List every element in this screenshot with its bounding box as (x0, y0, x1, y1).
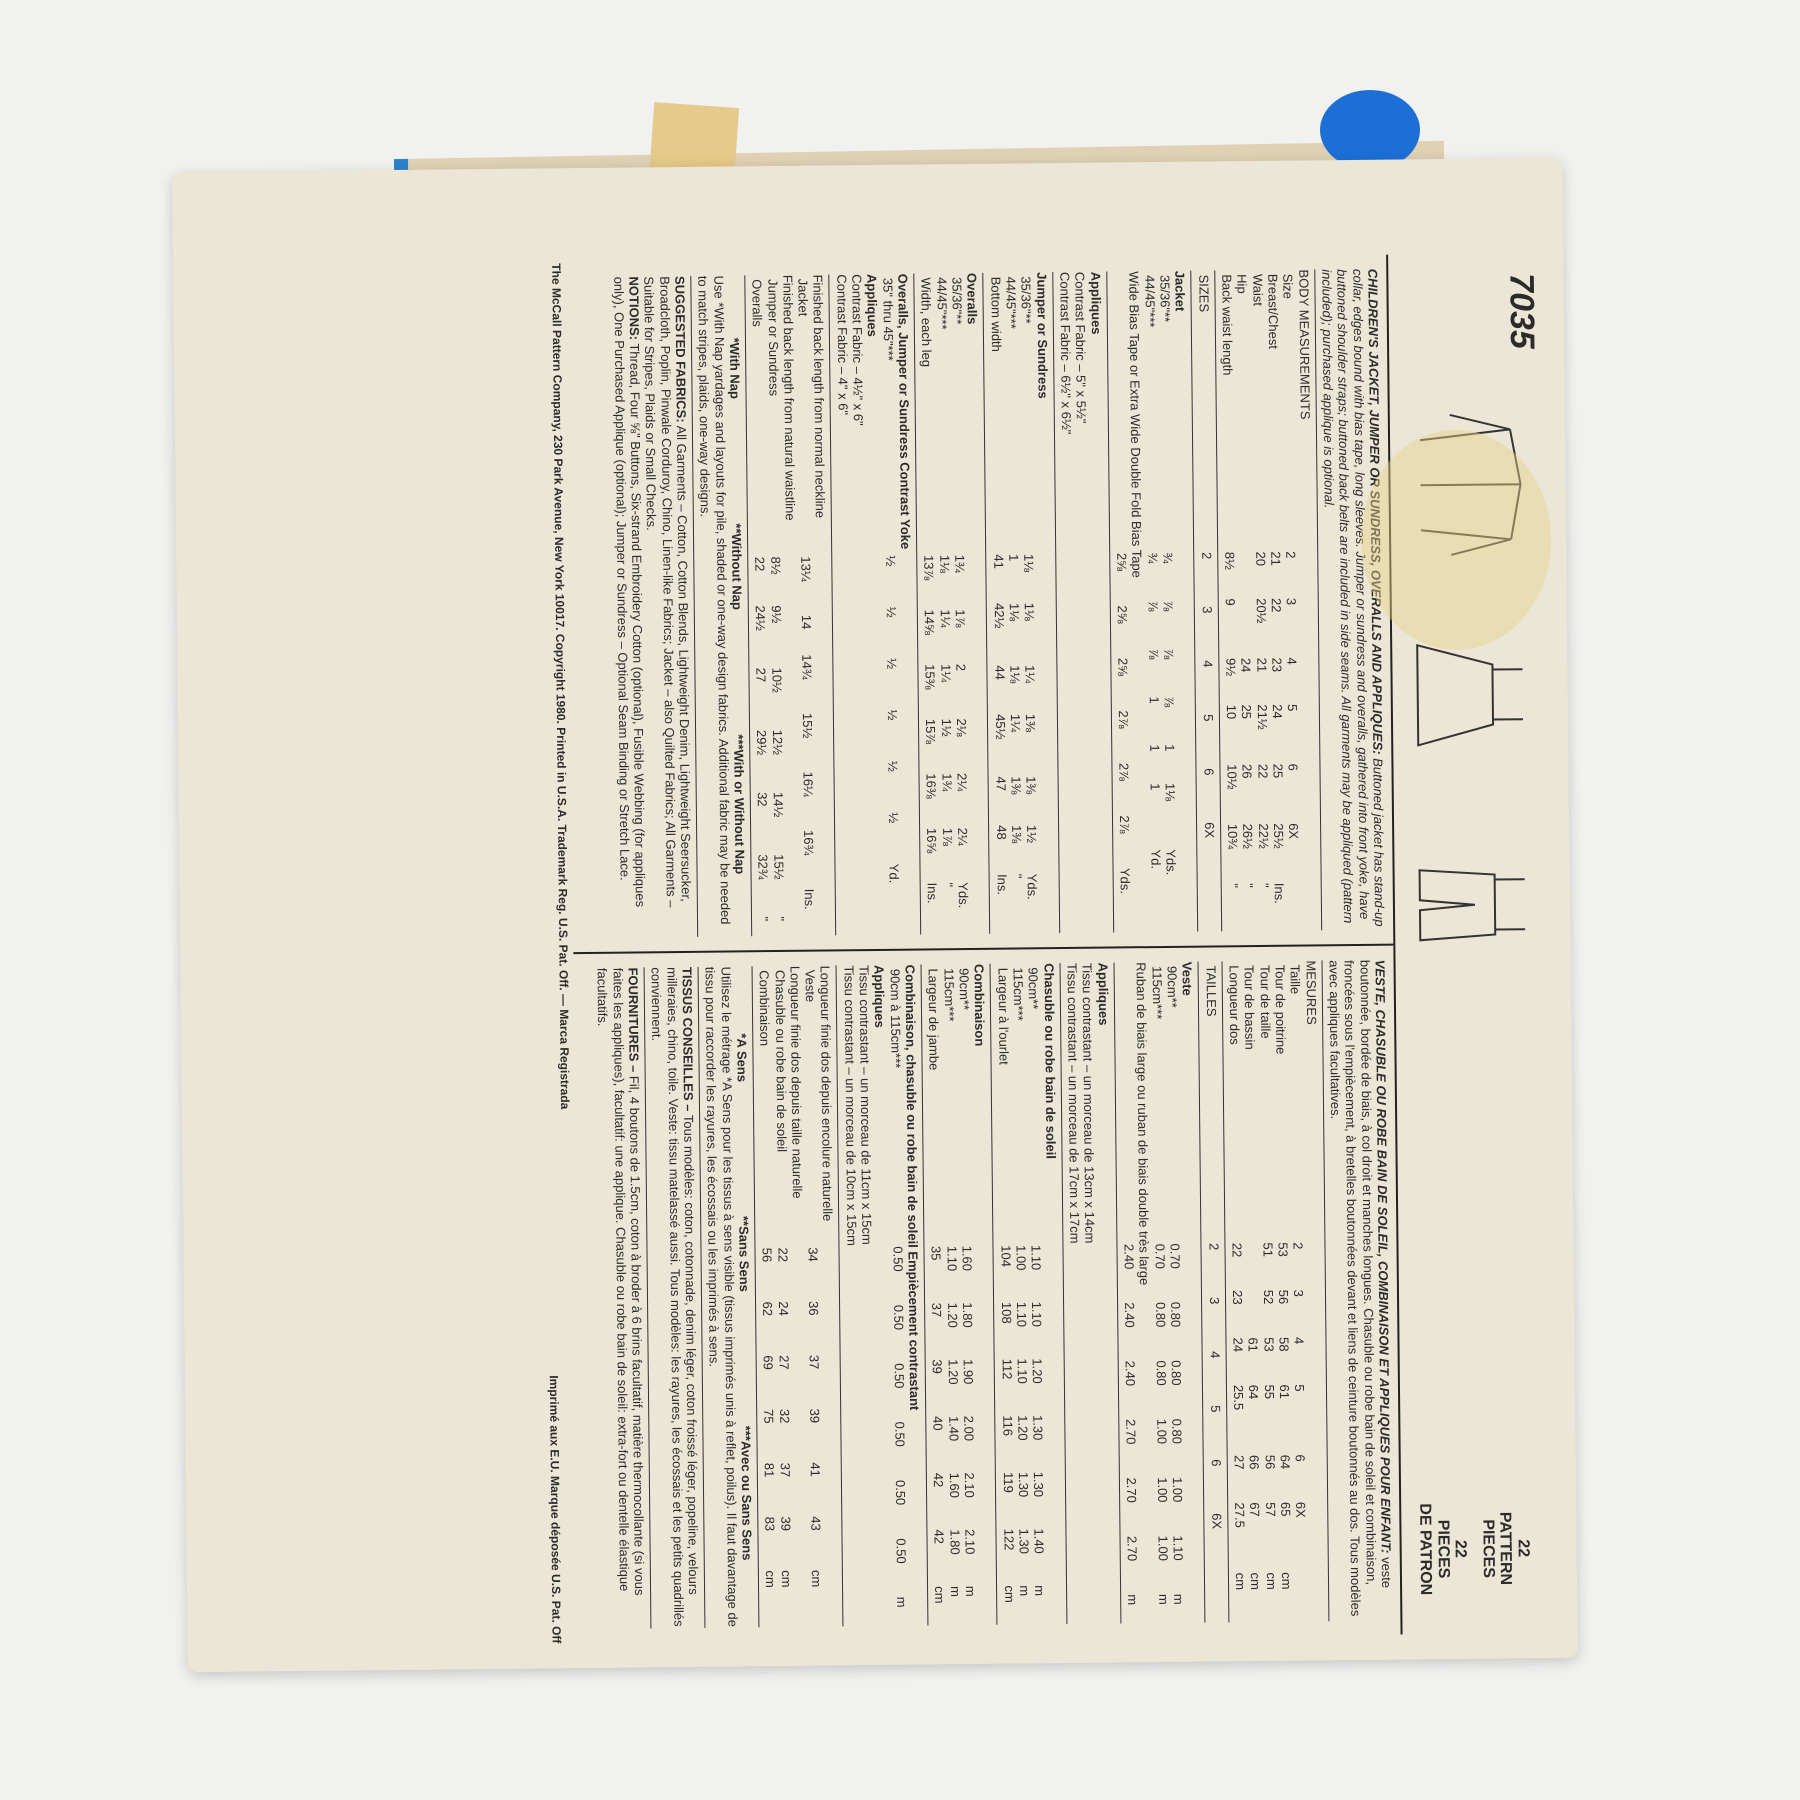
cell-value: 40 (930, 1412, 946, 1469)
cell-value (1238, 594, 1254, 654)
cell-value: 1.80 (960, 1298, 976, 1355)
cell-value: 53 (1275, 1238, 1291, 1286)
cell-value: 2⅝ (1114, 549, 1130, 602)
cell-value: 0.80 (1168, 1298, 1184, 1357)
cell-value: 26½ (1240, 820, 1256, 880)
mesures: MESURES Taille234566XTour de poitrine535… (1226, 960, 1329, 1622)
cell-value: 10 (1223, 701, 1239, 761)
cell-value: 1¼ (1008, 710, 1024, 772)
row-label: 44/45"*** (934, 273, 952, 551)
cell-value: 37 (806, 1351, 822, 1405)
cell-value: 29½ (754, 726, 770, 788)
cell-value: 2 (1199, 548, 1215, 602)
cell-value: 22 (1268, 594, 1284, 654)
cell-value: ⅞ (1161, 644, 1177, 692)
nap-legend-item: *With Nap (726, 338, 742, 399)
sens-legend-item: ***Avec ou Sans Sens (738, 1426, 755, 1561)
cell-value: 1 (1162, 740, 1178, 779)
unit: Ins. (994, 870, 1010, 934)
unit: cm (763, 1566, 779, 1627)
cell-value: 1⅛ (1022, 599, 1038, 661)
cell-value: 1.00 (1154, 1473, 1170, 1532)
unit: m (894, 1593, 910, 1626)
cell-value: 10½ (1224, 760, 1240, 820)
body-measurements: BODY MEASUREMENTS Size234566XBreast/Ches… (1219, 269, 1322, 931)
cell-value: 1.30 (1031, 1468, 1047, 1525)
cell-value: 2⅝ (1114, 601, 1130, 654)
unit (1287, 879, 1303, 931)
fournitures-heading: FOURNITURES – (625, 967, 641, 1072)
blue-dot-mark (1320, 90, 1420, 170)
cell-value: ⅞ (1160, 596, 1176, 644)
cell-value: 44 (992, 661, 1008, 710)
row-label: Tour de taille (1257, 961, 1275, 1239)
cell-value: 2.40 (1121, 1240, 1137, 1299)
cell-value: 25 (1239, 700, 1255, 760)
cell-value: 47 (993, 772, 1009, 821)
stain (1360, 429, 1552, 651)
cell-value (1245, 1286, 1261, 1334)
cell-value: ½ (884, 654, 900, 706)
cell-value: 22 (775, 1244, 791, 1298)
cell-value: 116 (1000, 1411, 1016, 1468)
cell-value: 1.20 (945, 1355, 961, 1412)
cell-value: 1.80 (947, 1525, 963, 1582)
unit: m (1155, 1590, 1171, 1623)
cell-value: 0.80 (1153, 1356, 1169, 1415)
header-row: 7035 22 PATTERN PIECES 22 PIECES (1386, 253, 1562, 1635)
cell-value: 0.50 (891, 1359, 907, 1418)
unit: m (1032, 1581, 1048, 1624)
jumper-sketch-icon (1412, 619, 1534, 770)
unit: Yd. (886, 860, 902, 935)
cell-value: 1⅛ (1007, 661, 1023, 710)
cell-value: 2¼ (954, 769, 970, 824)
table-row: SIZES234566X (1196, 270, 1218, 931)
cell-value: 1⅛ (1021, 550, 1037, 599)
cell-value: ½ (883, 603, 899, 655)
cell-value: 0.80 (1152, 1298, 1168, 1357)
cell-value (1244, 1239, 1260, 1287)
cell-value: 43 (808, 1512, 824, 1566)
cell-value: ½ (885, 757, 901, 809)
unit: cm (1263, 1568, 1279, 1622)
cell-value: 2⅞ (1116, 759, 1132, 812)
cell-value: 22 (752, 553, 768, 602)
unit: cm (932, 1582, 948, 1625)
unit: m (963, 1582, 979, 1625)
unit (1210, 1594, 1226, 1623)
cell-value: 122 (1001, 1525, 1017, 1582)
cell-value: 42 (932, 1525, 948, 1582)
cell-value: 1.00 (1170, 1473, 1186, 1532)
cell-value: ⅞ (1145, 597, 1161, 645)
cell-value: 37 (777, 1459, 793, 1513)
cell-value: 14½ (770, 788, 786, 850)
cell-value: 1¾ (952, 551, 968, 606)
cell-value: 1 (1147, 740, 1163, 779)
cell-value: 6 (1208, 1455, 1224, 1509)
cell-value: 6X (1201, 818, 1217, 903)
cell-value: 14 (799, 611, 815, 651)
cell-value: 1⅞ (953, 605, 969, 660)
cell-value: 1.40 (946, 1412, 962, 1469)
cell-value: 2¼ (955, 824, 971, 879)
cell-value: 6 (1293, 1450, 1309, 1498)
cell-value: 1.00 (1154, 1415, 1170, 1474)
cell-value: 16¼ (800, 767, 816, 826)
cell-value: 36 (806, 1297, 822, 1351)
cell-value: 16⅜ (924, 769, 940, 824)
cell-value: 21½ (1254, 700, 1270, 760)
row-label: 115cm*** (1149, 962, 1167, 1240)
cell-value: 1.60 (959, 1242, 975, 1299)
cell-value: 8½ (1222, 548, 1238, 595)
cell-value: ½ (883, 551, 899, 603)
pattern-envelope: 7035 22 PATTERN PIECES 22 PIECES (172, 158, 1578, 1672)
cell-value: 1 (1006, 550, 1022, 599)
row-label: 115cm*** (1010, 963, 1028, 1241)
unit: Ins. (802, 885, 818, 936)
cell-value: ⅞ (1146, 644, 1162, 692)
unit: cm (809, 1566, 825, 1627)
cell-value: 8½ (767, 553, 783, 602)
cell-value: 55 (1261, 1381, 1277, 1451)
unit: cm (778, 1566, 794, 1627)
cell-value: 15⅜ (922, 660, 938, 715)
unit: m (947, 1582, 963, 1625)
cell-value: 22 (1255, 760, 1271, 820)
cell-value: 56 (1276, 1286, 1292, 1334)
cell-value: 66 (1247, 1451, 1263, 1499)
cell-value: 1.10 (1029, 1298, 1045, 1355)
cell-value: 9½ (1223, 654, 1239, 701)
row-label: Jumper or Sundress (764, 275, 782, 553)
cell-value: 27 (776, 1351, 792, 1405)
cell-value: 2⅞ (1117, 811, 1133, 864)
unit: m (1171, 1590, 1187, 1623)
cell-value: 1.10 (1014, 1354, 1030, 1411)
cell-value: 1 (1147, 779, 1163, 845)
cell-value: 1⅜ (1009, 821, 1025, 870)
envelope-back-text: 7035 22 PATTERN PIECES 22 PIECES (548, 253, 1562, 1643)
cell-value: 1.10 (1014, 1298, 1030, 1355)
cell-value: 1.00 (1155, 1532, 1171, 1591)
cell-value: 6X (1209, 1509, 1225, 1594)
row-label: 44/45"*** (1003, 272, 1021, 550)
row-label: Longueur dos (1226, 961, 1244, 1239)
cell-value: 1.30 (1030, 1411, 1046, 1468)
cell-value: 51 (1260, 1238, 1276, 1286)
unit: " (1256, 879, 1272, 931)
cell-value: ½ (885, 808, 901, 860)
table-row: TAILLES234566X (1203, 961, 1225, 1622)
appliques-fr-1: Appliques Tissu contrastant – un morceau… (1064, 962, 1121, 1623)
overalls-section: Overalls 35/36"**1¾1⅞22⅛2¼2¼Yds.44/45"**… (918, 273, 990, 935)
cell-value: 4 (1207, 1347, 1223, 1401)
unit: m (1017, 1581, 1033, 1624)
unit: Ins. (1271, 879, 1287, 931)
pattern-pieces-count: 22 PATTERN PIECES 22 PIECES DE PATRON (1401, 1463, 1563, 1635)
cell-value: 25 (1270, 760, 1286, 820)
row-label: 90cm** (1164, 962, 1182, 1240)
overalls-sketch-icon (1414, 829, 1536, 980)
cell-value: 2.70 (1124, 1473, 1140, 1532)
cell-value: 56 (1262, 1451, 1278, 1499)
cell-value: 1 (1146, 692, 1162, 740)
cell-value: 24 (1238, 654, 1254, 701)
cell-value: 52 (1260, 1286, 1276, 1334)
cell-value: 22½ (1255, 819, 1271, 879)
cell-value: 62 (760, 1297, 776, 1351)
cell-value: 1½ (1024, 821, 1040, 870)
cell-value: 56 (759, 1244, 775, 1298)
cell-value: 1⅛ (937, 551, 953, 606)
unit: " (1241, 879, 1257, 931)
cell-value: 69 (760, 1351, 776, 1405)
pieces-label-fr-2: DE PATRON (1415, 1464, 1434, 1634)
row-label: 35" thru 45"*** (880, 274, 898, 552)
cell-value: 35 (929, 1242, 945, 1299)
cell-value: 67 (1247, 1498, 1263, 1568)
cell-value: 0.50 (892, 1417, 908, 1476)
longueurs-finies: Longueur finie dos depuis encolure natur… (756, 965, 844, 1627)
cell-value: 1⅛ (1006, 599, 1022, 661)
jumper-section: Jumper or Sundress 35/36"**1⅛1⅛1¼1⅜1⅜1½Y… (988, 272, 1060, 934)
row-label: 35/36"** (949, 273, 967, 551)
cell-value: 0.70 (1152, 1240, 1168, 1299)
pieces-count: 22 (1513, 1463, 1532, 1633)
contrast-yoke-section: Overalls, Jumper or Sundress Contrast Yo… (834, 274, 922, 936)
row-label: 90cm** (956, 964, 974, 1242)
cell-value: 5 (1200, 710, 1216, 764)
row-label: Overalls (749, 275, 767, 553)
unit: m (1125, 1590, 1141, 1623)
cell-value: 27 (753, 664, 769, 726)
cell-value: 6X (1286, 819, 1302, 879)
pattern-number: 7035 (1388, 253, 1549, 370)
line-drawings (1389, 369, 1560, 1465)
pieces-label-1: PATTERN (1496, 1463, 1515, 1633)
unit: cm (1279, 1568, 1295, 1622)
cell-value: 5 (1208, 1401, 1224, 1455)
cell-value: 32¾ (755, 850, 771, 912)
cell-value: 27.5 (1232, 1498, 1248, 1568)
english-section: CHILDREN'S JACKET, JUMPER OR SUNDRESS, O… (566, 255, 1393, 955)
unit: cm (1233, 1569, 1249, 1623)
cell-value: 39 (930, 1355, 946, 1412)
row-label: Hip (1234, 270, 1252, 548)
cell-value: 3 (1206, 1293, 1222, 1347)
cell-value: 23 (1269, 653, 1285, 700)
cell-value: 0.50 (890, 1242, 906, 1301)
cell-value: 1.20 (944, 1298, 960, 1355)
unit: " (756, 912, 772, 936)
unit: Yds. (1025, 870, 1041, 934)
cell-value: 2.40 (1122, 1357, 1138, 1416)
row-label: SIZES (1196, 270, 1214, 548)
cell-value: 4 (1200, 656, 1216, 710)
cell-value: 61 (1277, 1380, 1293, 1450)
cell-value: 5 (1292, 1380, 1308, 1450)
cell-value: 1½ (938, 715, 954, 770)
cell-value: 2.40 (1122, 1298, 1138, 1357)
cell-value: 53 (1261, 1333, 1277, 1381)
cell-value: 32 (755, 788, 771, 850)
cell-value: 2.10 (962, 1525, 978, 1582)
cell-value: 48 (993, 821, 1009, 870)
cell-value: 0.80 (1168, 1356, 1184, 1415)
cell-value: 83 (762, 1513, 778, 1567)
cell-value: 2 (1283, 547, 1299, 594)
cell-value: 1.60 (946, 1469, 962, 1526)
cell-value: 2.00 (961, 1412, 977, 1469)
cell-value: 0.70 (1167, 1239, 1183, 1298)
cell-value: 1⅜ (1008, 772, 1024, 821)
cell-value: 42½ (991, 599, 1007, 661)
cell-value: 27 (1231, 1451, 1247, 1499)
cell-value: 34 (805, 1243, 821, 1297)
cell-value: 42 (931, 1469, 947, 1526)
cell-value: 21 (1254, 654, 1270, 701)
cell-value: 15⅞ (923, 715, 939, 770)
nap-legend-item: **Without Nap (728, 523, 744, 610)
suggested-fabrics: SUGGESTED FABRICS: All Garments – Cotton… (641, 276, 698, 937)
suggested-fabrics-heading: SUGGESTED FABRICS: (672, 276, 689, 423)
cell-value: 39 (777, 1512, 793, 1566)
cell-value: 1¼ (937, 605, 953, 660)
combinaison-section: Combinaison 90cm**1.601.801.902.002.102.… (926, 964, 998, 1626)
unit (1294, 1568, 1310, 1622)
row-label: 115cm*** (941, 964, 959, 1242)
empiecement-section: Combinaison, chasuble ou robe bain de so… (841, 965, 929, 1627)
cell-value: 119 (1000, 1468, 1016, 1525)
cell-value: 108 (998, 1298, 1014, 1355)
row-label: Tour de poitrine (1272, 961, 1290, 1239)
cell-value: 14¾ (799, 650, 815, 709)
cell-value: 0.50 (891, 1301, 907, 1360)
cell-value: ¾ (1160, 548, 1176, 596)
cell-value: 13¼ (798, 552, 814, 611)
cell-value: 9½ (768, 601, 784, 663)
jacket-sketch-icon (1410, 409, 1532, 560)
unit: Yds. (1117, 864, 1133, 933)
cell-value: 3 (1199, 602, 1215, 656)
cell-value: 12½ (769, 726, 785, 788)
unit: " (1225, 879, 1241, 931)
unit (1202, 903, 1218, 932)
cell-value: 21 (1268, 547, 1284, 594)
cell-value: 14⅝ (922, 606, 938, 661)
cell-value: 41 (808, 1458, 824, 1512)
unit: " (940, 878, 956, 934)
cell-value: 2 (1290, 1238, 1306, 1286)
cell-value: 0.80 (1169, 1415, 1185, 1474)
appliques-section-1: Appliques Contrast Fabric – 5" x 5½" Con… (1057, 272, 1114, 933)
cell-value: 1⅜ (1024, 772, 1040, 821)
nap-legend-item: ***With or Without Nap (731, 734, 748, 874)
cell-value: 22 (1229, 1239, 1245, 1287)
cell-value: 24 (775, 1297, 791, 1351)
sens-legend-item: **Sans Sens (736, 1216, 752, 1292)
cell-value: 5 (1285, 700, 1301, 760)
cell-value: 16¾ (801, 826, 817, 885)
cell-value: 6 (1285, 760, 1301, 820)
unit: cm (1001, 1581, 1017, 1624)
cell-value: 0.50 (892, 1476, 908, 1535)
pieces-count-fr: 22 (1450, 1464, 1469, 1634)
notions-heading: NOTIONS: (626, 276, 642, 340)
cell-value: 1.20 (1015, 1411, 1031, 1468)
pieces-label-2: PIECES (1478, 1464, 1497, 1634)
unit: " (1009, 870, 1025, 934)
cell-value: 9 (1222, 594, 1238, 654)
cell-value: 32 (776, 1405, 792, 1459)
jacket-section: Jacket 35/36"**¾⅞⅞⅞11⅛Yds.44/45"***¾⅞⅞11… (1111, 271, 1199, 933)
cell-value: 6X (1293, 1498, 1309, 1568)
cell-value: ½ (884, 706, 900, 758)
cell-value: 2.70 (1124, 1532, 1140, 1591)
cell-value: 10¾ (1225, 820, 1241, 880)
cell-value: 13⅞ (921, 551, 937, 606)
cell-value: 1¼ (938, 660, 954, 715)
cell-value: 15½ (800, 709, 816, 768)
row-label: Chasuble ou robe bain de soleil (772, 966, 790, 1244)
cell-value: 26 (1239, 760, 1255, 820)
french-section: VESTE, CHASUBLE OU ROBE BAIN DE SOLEIL, … (573, 946, 1400, 1644)
cell-value: 39 (807, 1405, 823, 1459)
cell-value: 4 (1284, 653, 1300, 700)
cell-value: 10½ (769, 663, 785, 725)
cell-value: 37 (929, 1299, 945, 1356)
unit: " (771, 912, 787, 936)
cell-value: 24½ (753, 601, 769, 663)
row-label: Combinaison (756, 966, 774, 1244)
sens-legend-item: *A Sens (734, 1033, 750, 1082)
cell-value: 24 (1269, 700, 1285, 760)
cell-value: 2⅛ (954, 714, 970, 769)
row-label: Bottom width (988, 273, 1006, 551)
cell-value: 3 (1291, 1285, 1307, 1333)
unit: Ins. (925, 878, 941, 934)
unit: Yds. (955, 878, 971, 934)
cell-value: 45½ (992, 710, 1008, 772)
cell-value: 25.5 (1231, 1381, 1247, 1451)
cell-value: 41 (991, 550, 1007, 599)
cell-value: 2⅞ (1116, 706, 1132, 759)
cell-value: 58 (1276, 1333, 1292, 1381)
cell-value: 23 (1230, 1286, 1246, 1334)
cell-value: 1⅞ (940, 824, 956, 879)
unit: Yds. (1163, 845, 1179, 932)
veste-section: Veste 90cm**0.700.800.800.801.001.10m115… (1118, 962, 1206, 1624)
cell-value: ⅞ (1161, 692, 1177, 740)
cell-value: 1⅜ (1023, 710, 1039, 772)
cell-value: 61 (1245, 1333, 1261, 1381)
cell-value: 64 (1246, 1381, 1262, 1451)
cell-value: 25½ (1271, 819, 1287, 879)
cell-value: 16⅝ (924, 824, 940, 879)
cell-value: 24 (1230, 1333, 1246, 1381)
body-measurements-table: Size234566XBreast/Chest212223242525½Ins.… (1219, 270, 1303, 932)
unit: Yd. (1148, 845, 1164, 932)
cell-value: 1¾ (939, 769, 955, 824)
tissus-conseilles: TISSUS CONSEILLES – Tous modèles: coton,… (648, 967, 705, 1628)
cell-value: ¾ (1145, 549, 1161, 597)
cell-value: 1.00 (1013, 1241, 1029, 1298)
tissus-heading: TISSUS CONSEILLES – (679, 967, 696, 1112)
cell-value: 1.10 (1029, 1241, 1045, 1298)
